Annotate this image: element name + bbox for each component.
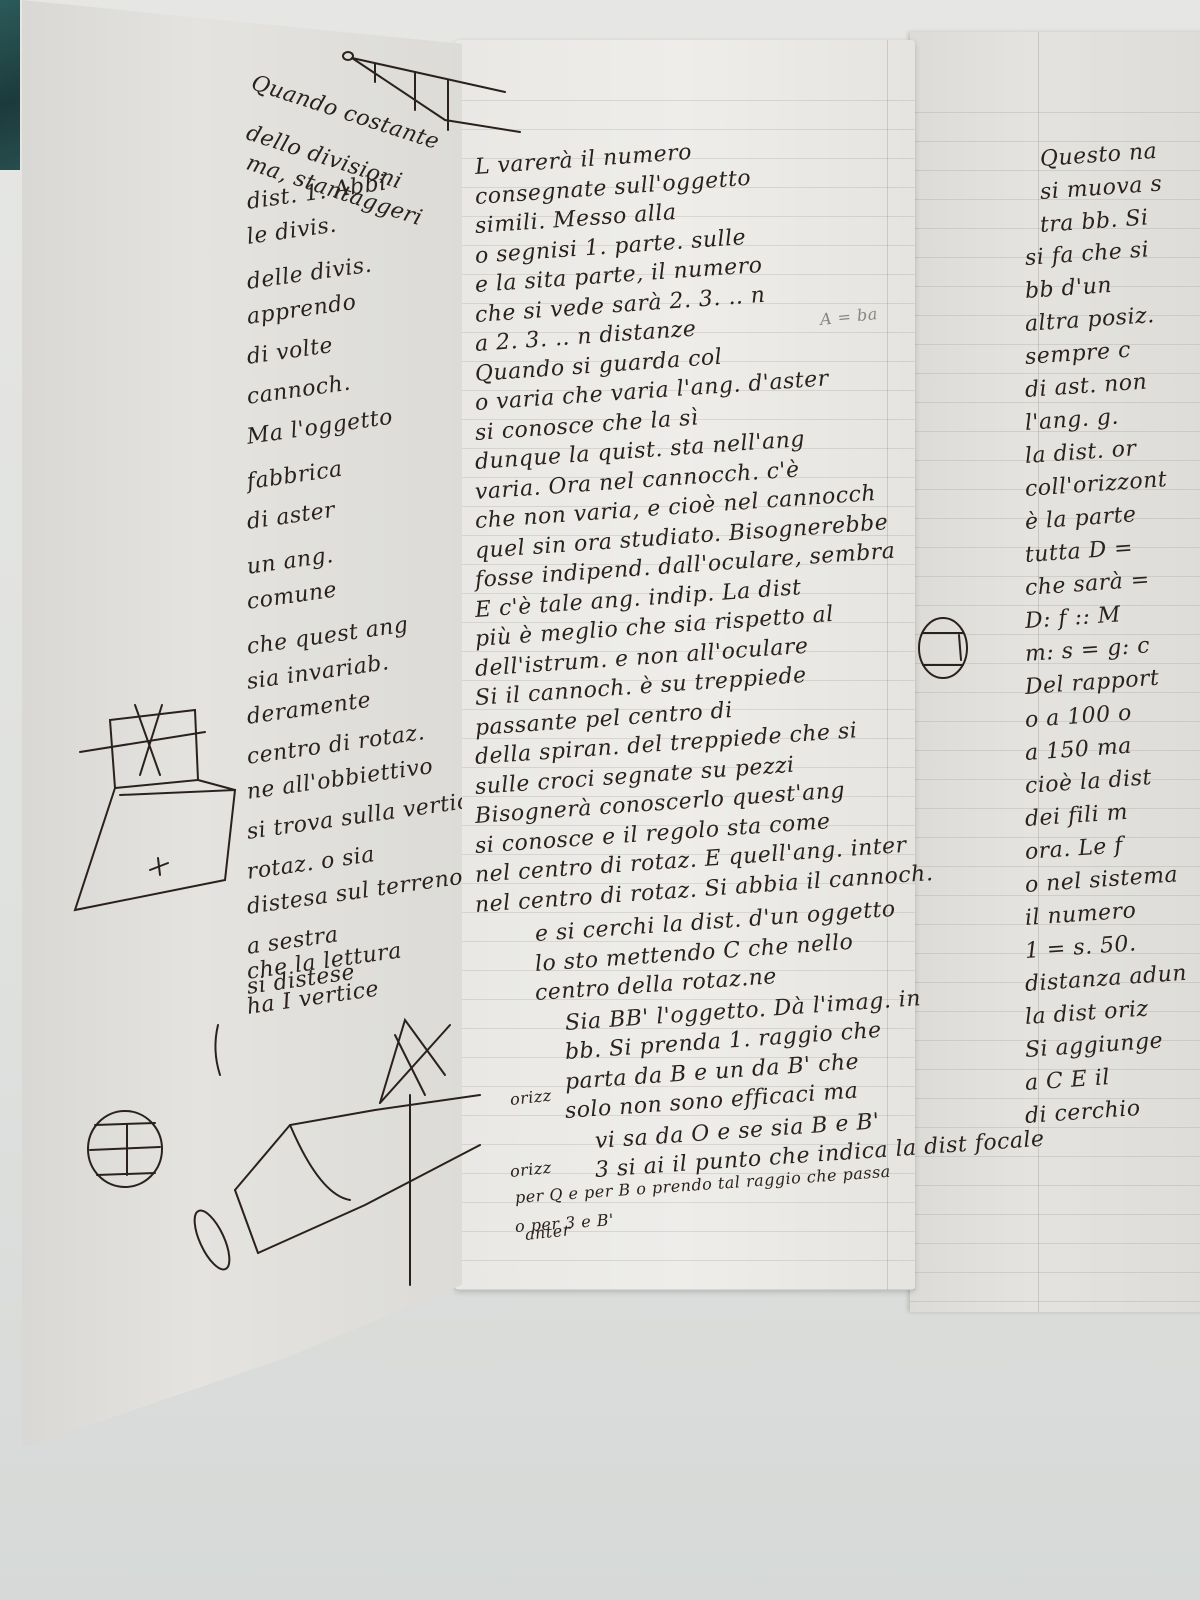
- manuscript-line: D: f :: M: [1024, 602, 1122, 634]
- diagram-label-B: B: [451, 1073, 462, 1089]
- ruled-line: [455, 1289, 915, 1290]
- manuscript-line: m: s = g: c: [1024, 633, 1151, 667]
- manuscript-line: di cerchio: [1024, 1096, 1141, 1129]
- manuscript-line: la dist oriz: [1024, 996, 1149, 1030]
- manuscript-line: di volte: [245, 333, 334, 370]
- manuscript-line: comune: [245, 577, 338, 614]
- manuscript-line: 1 = s. 50.: [1024, 931, 1137, 964]
- manuscript-line: il numero: [1024, 898, 1137, 931]
- manuscript-line: la dist. or: [1024, 436, 1137, 469]
- manuscript-line: cannoch.: [245, 371, 352, 410]
- faint-note: A = ba: [819, 304, 879, 329]
- eyepiece-box-sketch: [70, 670, 250, 920]
- reticle-label: filo: [162, 1165, 181, 1178]
- dark-cloth-edge: [0, 0, 20, 170]
- manuscript-line: deramente: [245, 688, 372, 730]
- manuscript-line: è la parte: [1024, 502, 1137, 535]
- ruled-line: [910, 1243, 1200, 1244]
- manuscript-line: apprendo: [245, 290, 358, 330]
- level-diagram-sketch: [330, 40, 510, 150]
- margin-line: [887, 40, 888, 1290]
- manuscript-line: tra bb. Si: [1039, 205, 1149, 238]
- manuscript-line: che sarà =: [1024, 567, 1150, 601]
- manuscript-line: delle divis.: [245, 253, 373, 295]
- manuscript-line: di aster: [245, 498, 337, 535]
- manuscript-line: fabbrica: [245, 457, 344, 495]
- manuscript-line: Ma l'oggetto: [245, 405, 394, 450]
- manuscript-line: altra posiz.: [1024, 303, 1155, 337]
- reticle-circle-sketch-small: filo filo: [917, 615, 973, 681]
- manuscript-line: bb d'un: [1024, 273, 1113, 304]
- manuscript-line: sempre c: [1024, 338, 1132, 370]
- ruled-line: [910, 1214, 1200, 1215]
- manuscript-line: Questo na: [1039, 139, 1158, 172]
- reticle-circle-sketch: filo filo: [85, 1105, 195, 1195]
- manuscript-line: a 150 ma: [1024, 734, 1133, 766]
- ruled-line: [910, 1272, 1200, 1273]
- manuscript-line: a C E il: [1024, 1065, 1111, 1096]
- telescope-ray-diagram: B B' B C: [180, 995, 540, 1285]
- manuscript-line: un ang.: [245, 543, 335, 580]
- manuscript-line: Del rapport: [1024, 666, 1160, 700]
- manuscript-line: Si aggiunge: [1024, 1028, 1164, 1063]
- manuscript-line: distanza adun: [1024, 961, 1188, 997]
- manuscript-line: cioè la dist: [1024, 765, 1152, 799]
- ruled-line: [910, 1098, 1200, 1099]
- diagram-label-Bprime: B': [384, 1032, 398, 1047]
- ruled-line: [910, 1185, 1200, 1186]
- ruled-line: [910, 1127, 1200, 1128]
- manuscript-line: di ast. non: [1024, 369, 1148, 402]
- ruled-line: [910, 1301, 1200, 1302]
- manuscript-line: le divis.: [245, 213, 338, 250]
- manuscript-line: o a 100 o: [1024, 701, 1133, 733]
- manuscript-line: dei fili m: [1024, 800, 1129, 832]
- ruled-line: [455, 100, 915, 101]
- manuscript-line: coll'orizzont: [1024, 467, 1168, 502]
- manuscript-line: si fa che si: [1024, 237, 1150, 271]
- manuscript-line: ora. Le f: [1024, 833, 1124, 865]
- ruled-line: [910, 112, 1200, 113]
- manuscript-line: tutta D =: [1024, 535, 1134, 567]
- ruled-line: [910, 373, 1200, 374]
- reticle-label: filo: [928, 641, 944, 651]
- ruled-line: [455, 129, 915, 130]
- manuscript-line: o nel sistema: [1024, 862, 1179, 898]
- ruled-line: [910, 402, 1200, 403]
- diagram-label-C: C: [270, 1194, 279, 1208]
